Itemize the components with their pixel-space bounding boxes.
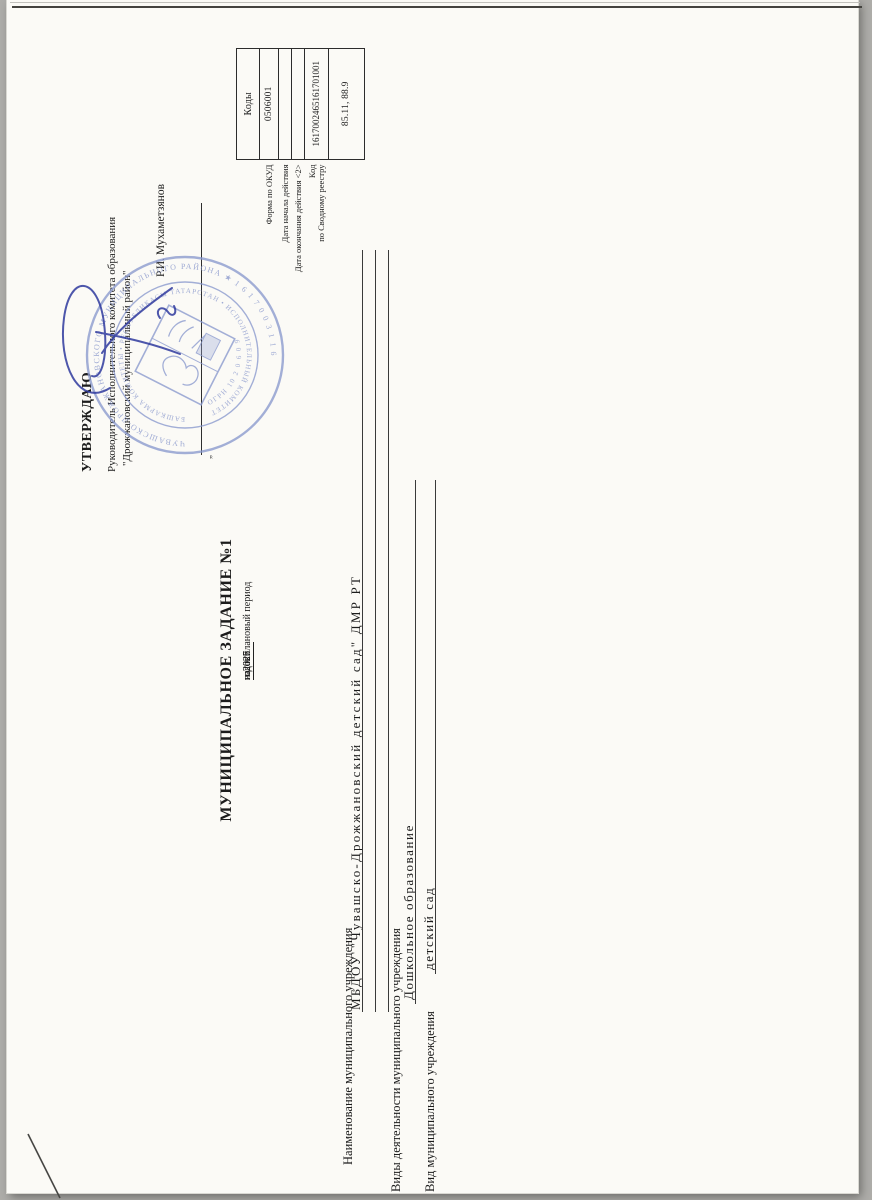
document-sheet: УТВЕРЖДАЮ Руководитель Исполнительного к… <box>0 0 872 1200</box>
ruled-line <box>388 250 389 1012</box>
ruled-line <box>375 250 376 1012</box>
codes-row-okud: Форма по ОКУД 0506001 <box>260 48 279 282</box>
ruled-line <box>435 480 436 974</box>
ruled-line <box>362 250 363 1012</box>
codes-header-cell: Коды <box>236 48 260 160</box>
codes-row-okved: 85.11, 88.9 <box>329 48 365 282</box>
institution-type-label: Вид муниципального учреждения <box>423 1011 438 1192</box>
codes-row-registry-code: Код по Сводному реестру 1617002465161701… <box>305 48 329 282</box>
title-block: МУНИЦИПАЛЬНОЕ ЗАДАНИЕ №1 на 2025 год и п… <box>218 480 242 880</box>
scanned-municipal-document: { "page": { "approval": { "approve": "УТ… <box>0 0 872 1200</box>
document-title: МУНИЦИПАЛЬНОЕ ЗАДАНИЕ №1 <box>218 480 236 880</box>
ruled-line <box>415 480 416 1004</box>
handwritten-signature <box>40 158 220 458</box>
codes-table: Коды Форма по ОКУД 0506001 Дата начала д… <box>236 48 365 282</box>
codes-row-header: Коды <box>236 48 260 282</box>
pen-mark <box>18 1118 88 1200</box>
